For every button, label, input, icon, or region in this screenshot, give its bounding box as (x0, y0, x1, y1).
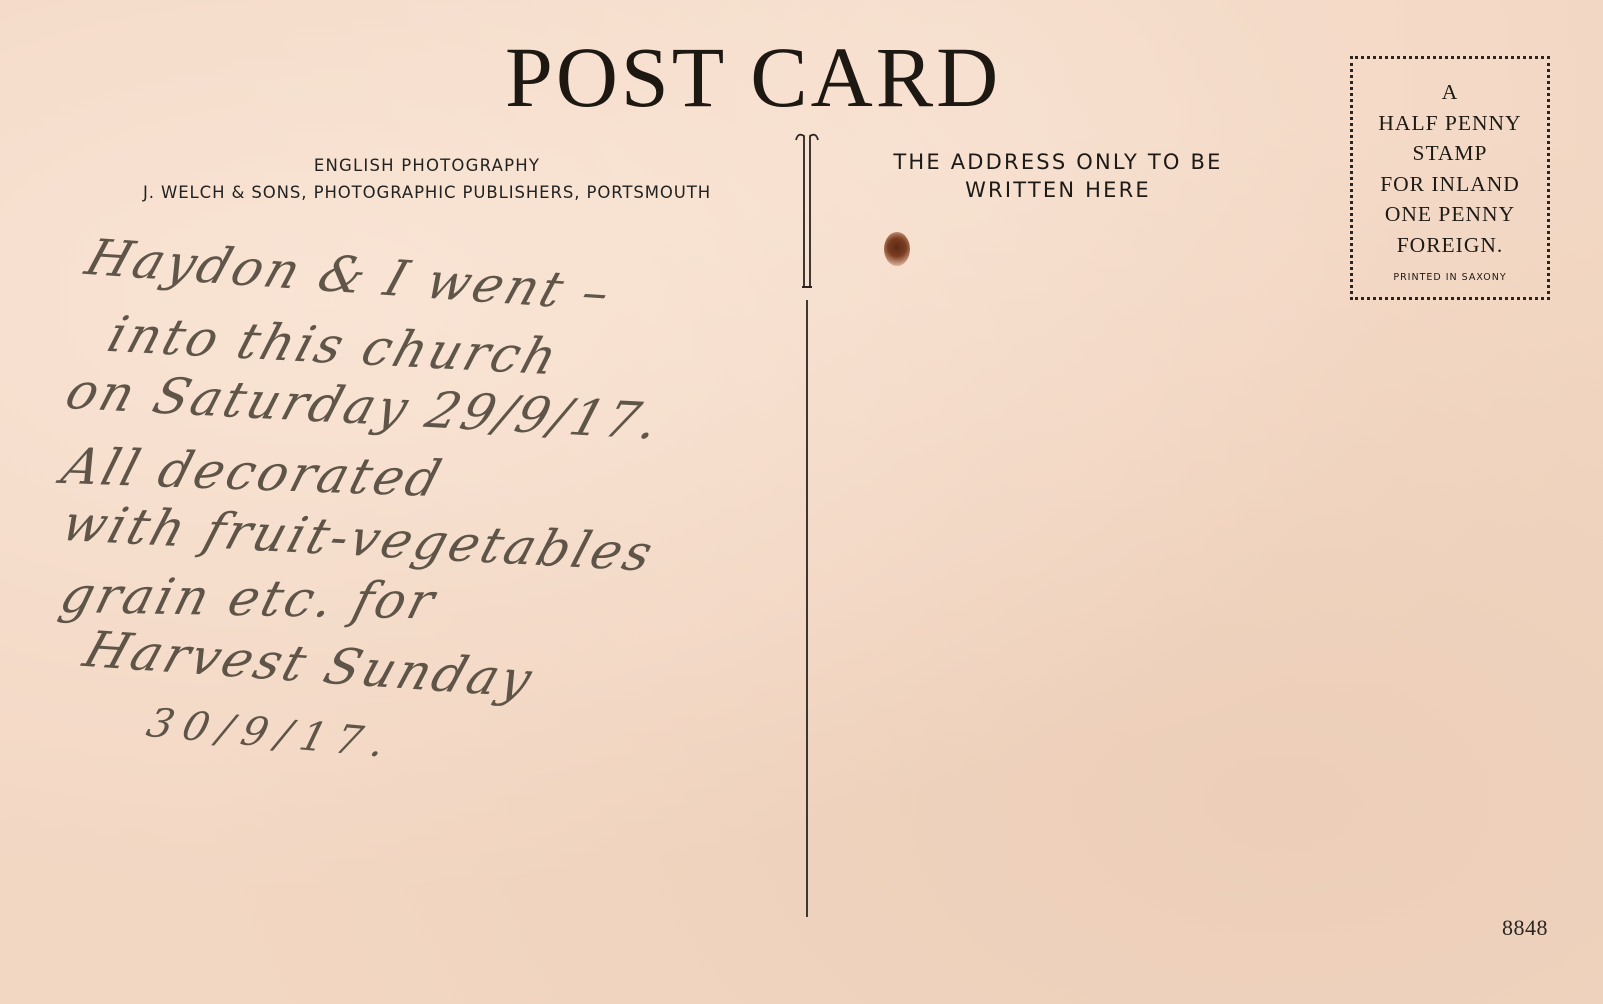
postcard-back: POST CARD ENGLISH PHOTOGRAPHY J. WELCH &… (0, 0, 1603, 1004)
serial-number: 8848 (1502, 915, 1548, 941)
message-line: grain etc. for (54, 566, 443, 630)
message-date: 30/9/17. (142, 700, 400, 767)
handwritten-message: Haydon & I went – into this church on Sa… (0, 0, 1603, 1004)
message-line: Harvest Sunday (77, 621, 542, 709)
